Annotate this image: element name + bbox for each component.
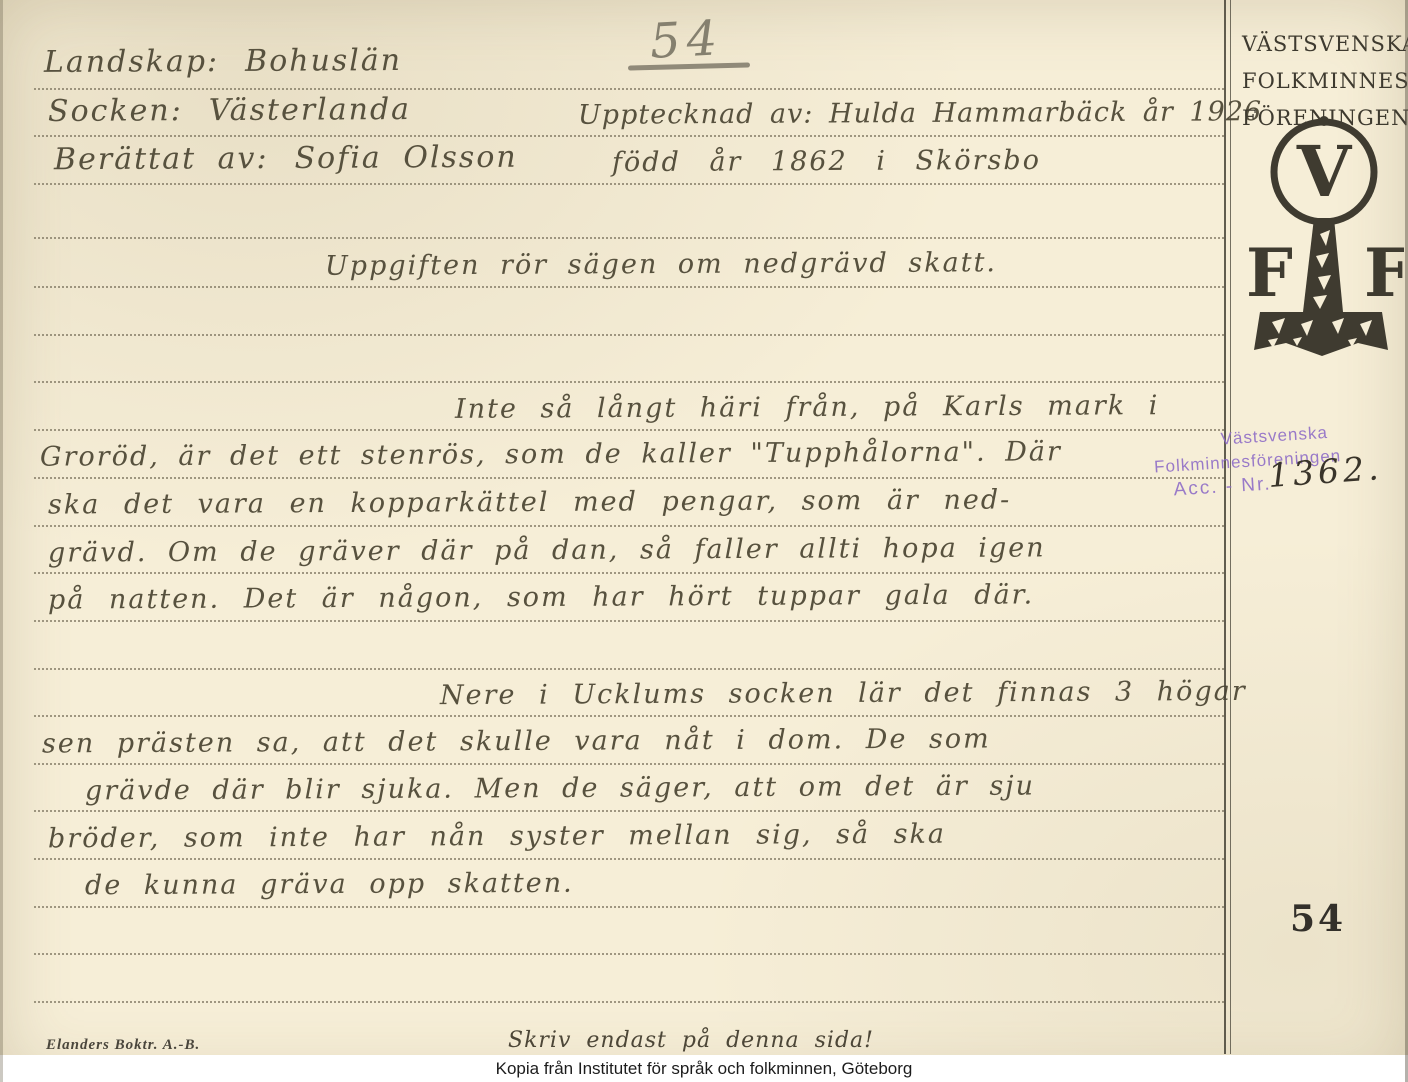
scan-edge-left: [0, 0, 3, 1082]
story-line: Nere i Ucklums socken lär det finnas 3 h…: [440, 676, 1247, 711]
ruled-line: [34, 763, 1224, 765]
organization-name-line: FOLKMINNES=: [1242, 63, 1402, 100]
story-line: grävd. Om de gräver där på dan, så falle…: [48, 532, 1046, 568]
ruled-line: [34, 429, 1224, 431]
story-line: bröder, som inte har nån syster mellan s…: [48, 819, 946, 855]
document-page: 54 Landskap:Bohuslän Socken:Västerlanda …: [0, 0, 1408, 1082]
printer-credit: Elanders Boktr. A.-B.: [46, 1037, 200, 1054]
born-line: född år 1862 i Skörsbo: [612, 145, 1041, 178]
ruled-line: [34, 135, 1224, 137]
story-line: grävde där blir sjuka. Men de säger, att…: [85, 771, 1035, 807]
ruled-line: [34, 88, 1224, 90]
ruled-line: [34, 620, 1224, 622]
field-berattat-av: Berättat av:Sofia Olsson: [54, 140, 518, 177]
vff-logo-svg: V F F: [1238, 106, 1404, 361]
vff-thors-hammer-logo: V F F: [1238, 106, 1404, 366]
story-line: Inte så långt häri från, på Karls mark i: [455, 390, 1160, 425]
ruled-line: [34, 715, 1224, 717]
story-line: sen prästen sa, att det skulle vara nåt …: [42, 724, 991, 760]
stamped-page-number: 54: [1290, 898, 1346, 940]
field-berattat-av-value: Sofia Olsson: [294, 140, 517, 176]
field-socken-label: Socken:: [48, 93, 183, 129]
ruled-line: [34, 858, 1224, 860]
story-line: de kunna gräva opp skatten.: [85, 868, 574, 902]
ruled-line: [34, 237, 1224, 239]
column-divider: [1224, 0, 1231, 1054]
field-socken-value: Västerlanda: [209, 92, 411, 128]
ruled-line: [34, 525, 1224, 527]
recorded-by-line: Upptecknad av: Hulda Hammarbäck år 1926: [578, 96, 1262, 131]
field-landskap-value: Bohuslän: [245, 43, 402, 79]
logo-letter-v: V: [1296, 130, 1353, 213]
copy-caption-text: Kopia från Institutet för språk och folk…: [496, 1059, 913, 1079]
story-line: ska det vara en kopparkättel med pengar,…: [48, 484, 1011, 520]
logo-letter-f-left: F: [1246, 234, 1293, 312]
write-instruction: Skriv endast på denna sida!: [508, 1028, 874, 1053]
field-landskap-label: Landskap:: [44, 44, 219, 80]
logo-letter-f-right: F: [1364, 234, 1404, 312]
field-landskap: Landskap:Bohuslän: [44, 43, 402, 80]
ruled-line: [34, 381, 1224, 383]
pencil-page-number: 54: [649, 10, 725, 70]
ruled-line: [34, 953, 1224, 955]
ruled-line: [34, 1001, 1224, 1003]
ruled-line: [34, 668, 1224, 670]
subject-line: Uppgiften rör sägen om nedgrävd skatt.: [325, 247, 997, 282]
ruled-line: [34, 334, 1224, 336]
copy-caption-bar: Kopia från Institutet för språk och folk…: [0, 1055, 1408, 1082]
accession-number-handwritten: 1362.: [1267, 448, 1384, 495]
organization-name-line: VÄSTSVENSKA: [1242, 26, 1402, 63]
ruled-line: [34, 572, 1224, 574]
story-line: Groröd, är det ett stenrös, som de kalle…: [40, 436, 1062, 472]
ruled-line: [34, 477, 1224, 479]
hammer-head: [1254, 312, 1388, 356]
story-line: på natten. Det är någon, som har hört tu…: [48, 579, 1034, 615]
ruled-line: [34, 183, 1224, 185]
pencil-underline: [628, 62, 750, 70]
ruled-line: [34, 286, 1224, 288]
field-berattat-av-label: Berättat av:: [54, 141, 269, 177]
ruled-line: [34, 906, 1224, 908]
ruled-line: [34, 810, 1224, 812]
field-socken: Socken:Västerlanda: [48, 92, 411, 129]
